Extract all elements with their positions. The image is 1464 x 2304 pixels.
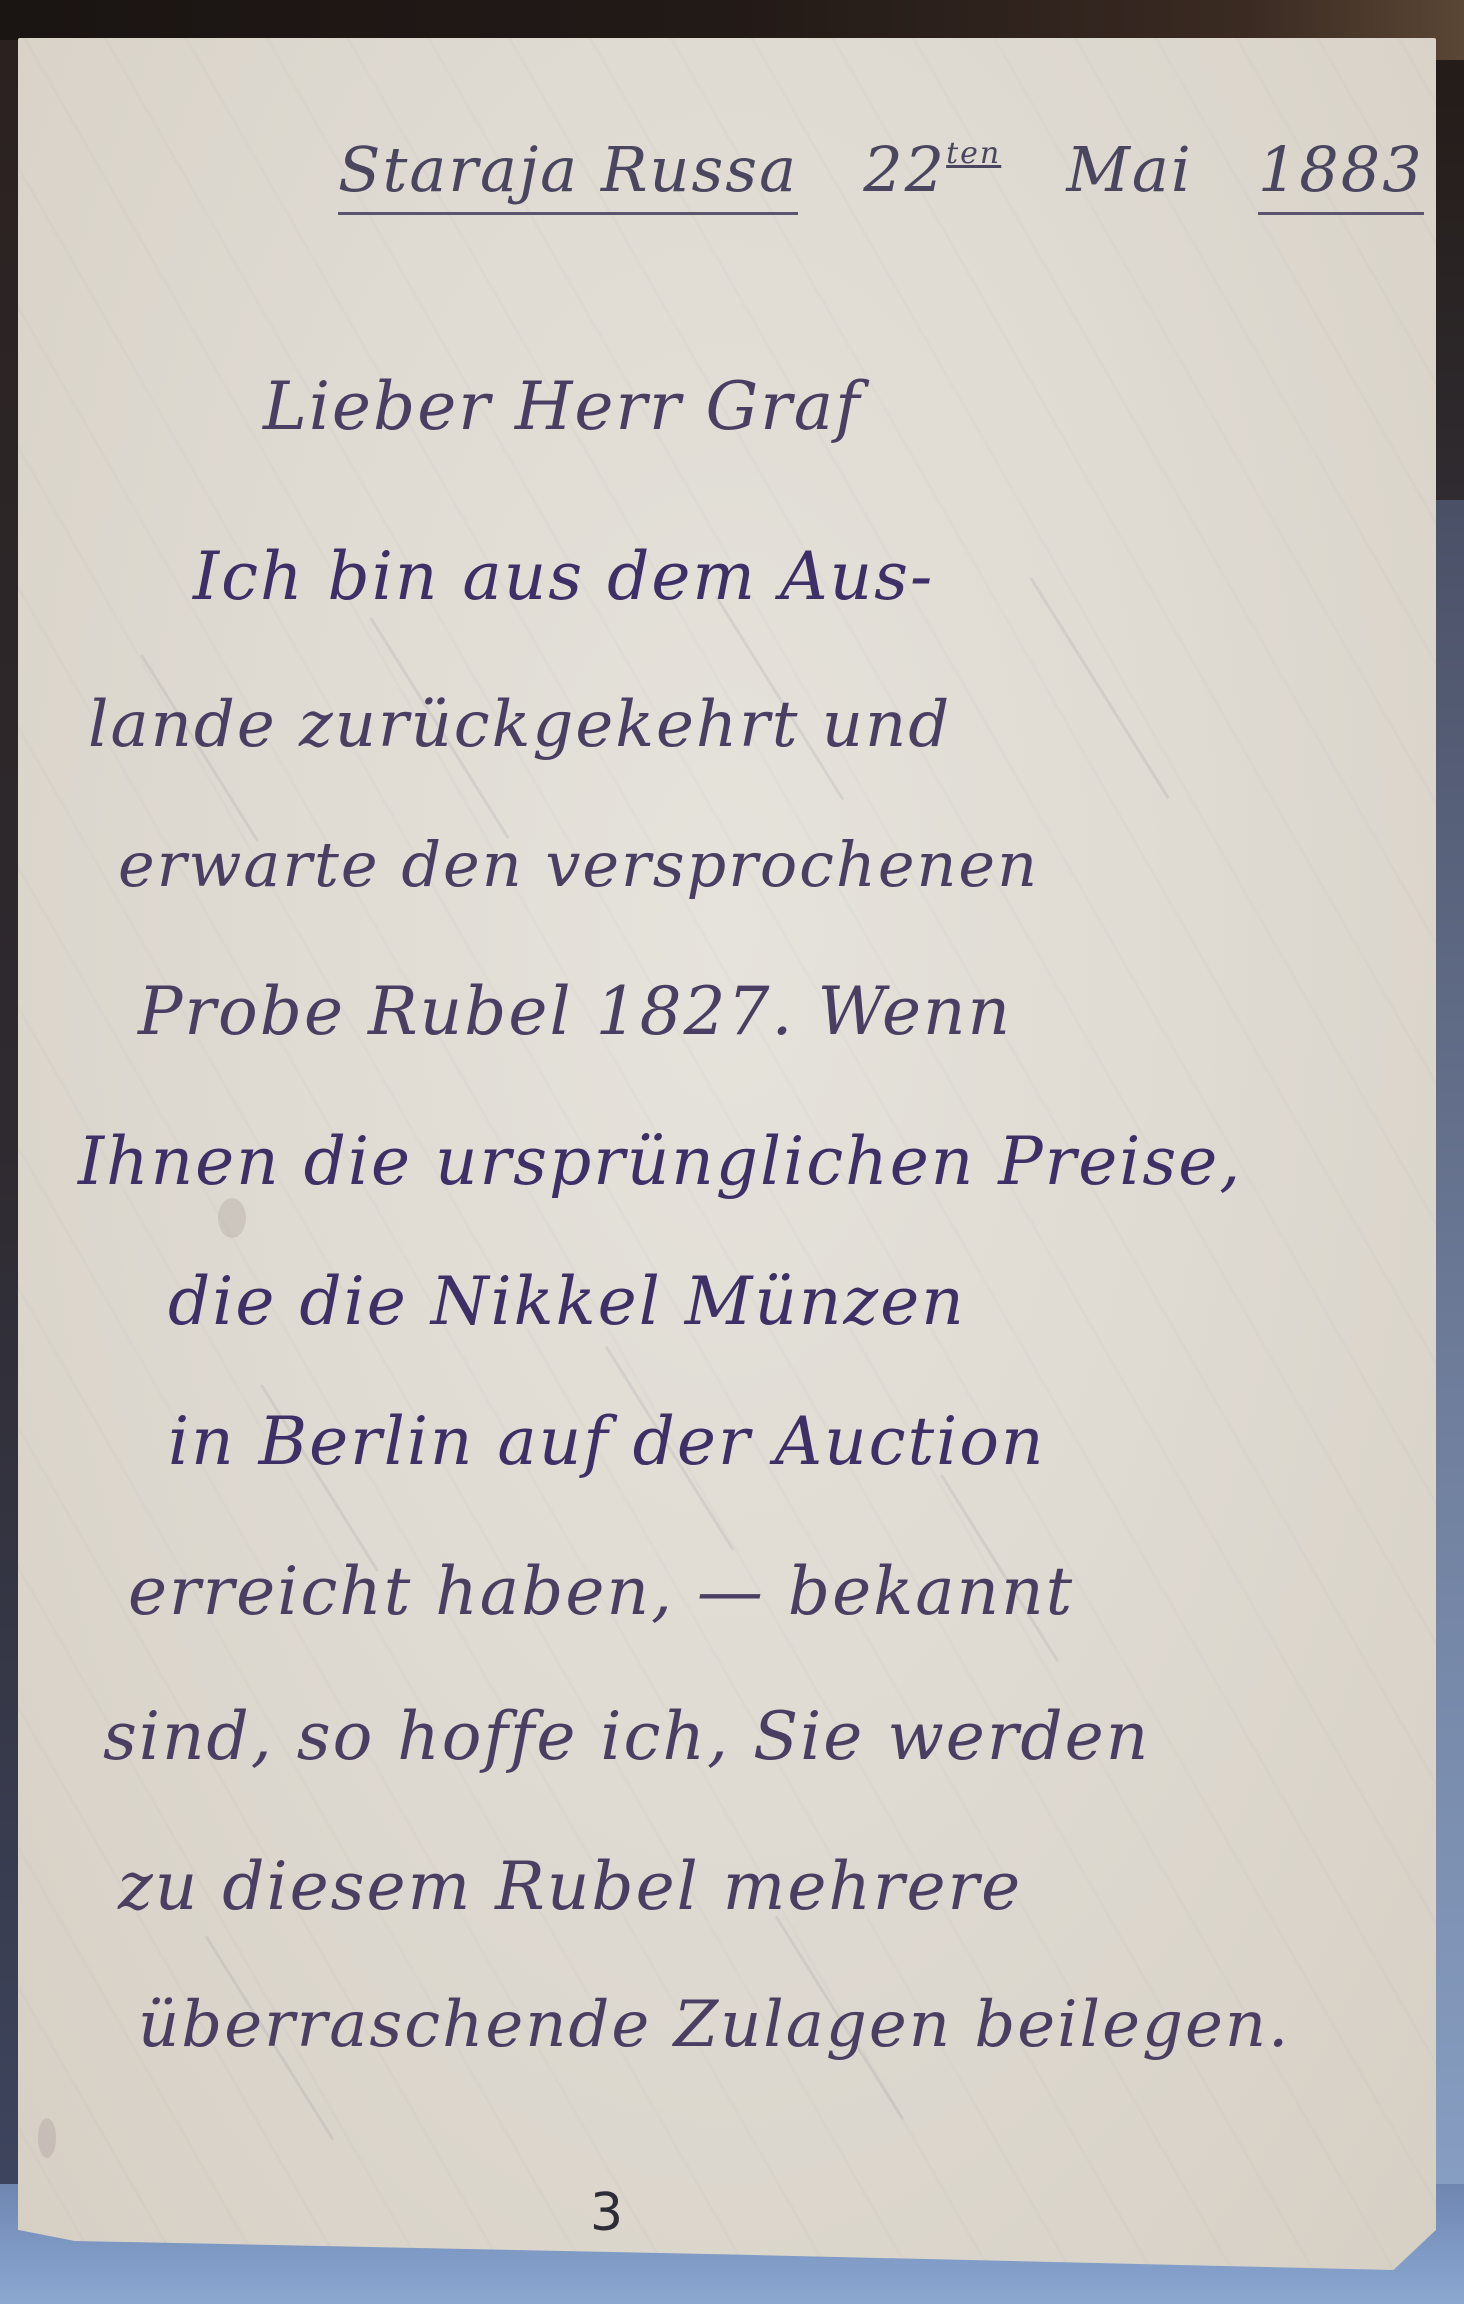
ink-smudge — [38, 2118, 56, 2158]
letter-line: zu diesem Rubel mehrere — [118, 1848, 1022, 1925]
dateline-place: Staraja Russa — [338, 133, 798, 215]
letter-line: Ich bin aus dem Aus- — [193, 538, 934, 615]
letter-line: in Berlin auf der Auction — [168, 1403, 1046, 1480]
letter-line: sind, so hoffe ich, Sie werden — [103, 1698, 1150, 1775]
dateline-month: Mai — [1066, 133, 1192, 206]
letter-line: lande zurückgekehrt und — [88, 688, 951, 762]
bleed-through-stroke — [1029, 577, 1169, 799]
letter-salutation: Lieber Herr Graf — [263, 368, 862, 445]
ink-smudge — [218, 1198, 246, 1238]
letter-line: Probe Rubel 1827. Wenn — [138, 973, 1012, 1050]
letter-line: Ihnen die ursprünglichen Preise, — [78, 1123, 1242, 1200]
page-number: 3 — [590, 2183, 623, 2243]
dateline-year: 1883 — [1258, 133, 1424, 215]
letter-line: erwarte den versprochenen — [118, 828, 1039, 901]
letter-dateline: Staraja Russa 22ten Mai 1883 — [338, 133, 1424, 206]
letter-line: erreicht haben, — bekannt — [128, 1553, 1074, 1630]
dateline-day: 22 — [863, 133, 946, 206]
letter-line: überraschende Zulagen beilegen. — [138, 1988, 1290, 2062]
letter-line: die die Nikkel Münzen — [168, 1263, 966, 1340]
background-left-edge — [0, 40, 20, 2240]
dateline-day-suffix: ten — [946, 136, 1001, 171]
letter-sheet: Staraja Russa 22ten Mai 1883 Lieber Herr… — [18, 38, 1436, 2270]
